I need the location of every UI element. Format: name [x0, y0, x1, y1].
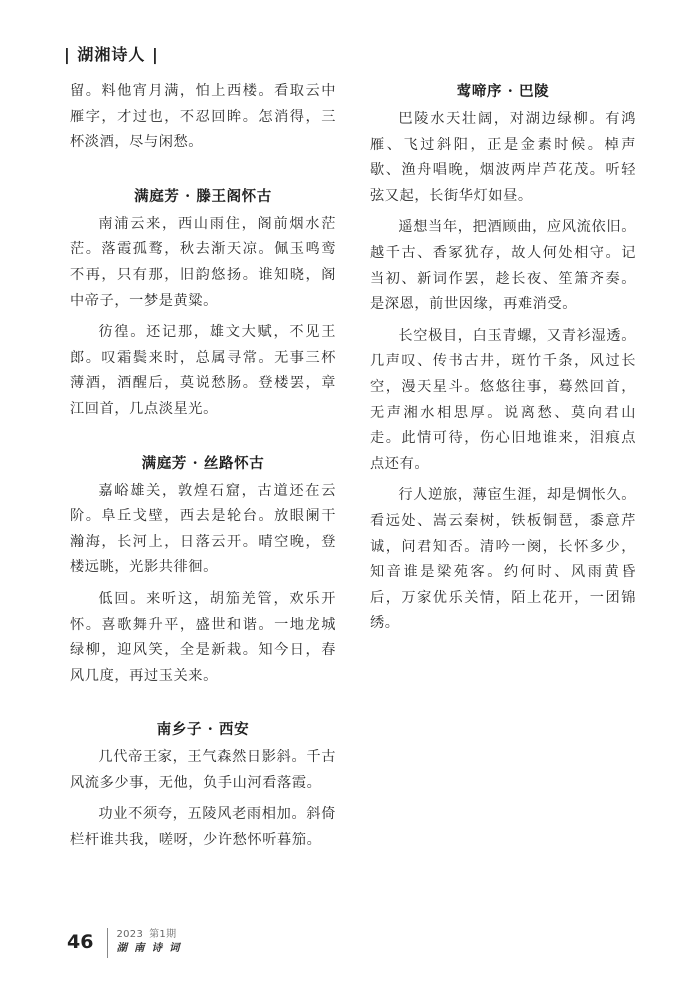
page-footer: 46 2023第1期 湖南诗词	[67, 928, 186, 958]
poem-baling: 莺啼序 · 巴陵 巴陵水天壮阔，对湖边绿柳。有鸿雁、飞过斜阳，正是金素时候。棹声…	[370, 79, 636, 637]
stanza: 遥想当年，把酒顾曲，应风流依旧。越千古、香冢犹存，故人何处相守。记当初、新词作罢…	[370, 215, 636, 317]
stanza: 南浦云来，西山雨住，阁前烟水茫茫。落霞孤鹜，秋去渐天凉。佩玉鸣鸾不再，只有那，旧…	[70, 212, 336, 314]
poem-title: 满庭芳 · 丝路怀古	[70, 451, 336, 477]
stanza: 嘉峪雄关，敦煌石窟，古道还在云阶。阜丘戈壁，西去是轮台。放眼阑干瀚海，长河上，日…	[70, 479, 336, 581]
magazine-name: 湖南诗词	[116, 941, 186, 955]
issue-year: 2023	[116, 929, 143, 940]
footer-divider	[107, 928, 108, 958]
stanza: 功业不须夸，五陵风老雨相加。斜倚栏杆谁共我，嗟呀，少许愁怀听暮笳。	[70, 802, 336, 853]
stanza: 巴陵水天壮阔，对湖边绿柳。有鸿雁、飞过斜阳，正是金素时候。棹声歇、渔舟唱晚，烟波…	[370, 107, 636, 209]
poem-title: 满庭芳 · 滕王阁怀古	[70, 184, 336, 210]
stanza: 长空极目，白玉青螺，又青衫湿透。几声叹、传书古井，斑竹千条，风过长空，漫天星斗。…	[370, 324, 636, 478]
stanza: 行人逆旅，薄宦生涯，却是惆怅久。看远处、嵩云秦树，铁板铜琶，黍意芹诚，问君知否。…	[370, 483, 636, 637]
page-number: 46	[67, 931, 93, 953]
stanza: 低回。来听这，胡笳羌管，欢乐开怀。喜歌舞升平，盛世和谐。一地龙城绿柳，迎风笑，全…	[70, 587, 336, 689]
continued-stanza: 留。料他宵月满，怕上西楼。看取云中雁字，才过也，不忍回眸。怎消得，三杯淡酒，尽与…	[70, 79, 336, 156]
issue-line: 2023第1期	[116, 928, 186, 941]
stanza: 彷徨。还记那，雄文大赋，不见王郎。叹霜鬓来时，总属寻常。无事三杯薄酒，酒醒后，莫…	[70, 320, 336, 422]
poem-tengwangge: 满庭芳 · 滕王阁怀古 南浦云来，西山雨住，阁前烟水茫茫。落霞孤鹜，秋去渐天凉。…	[70, 184, 336, 423]
poem-title: 南乡子 · 西安	[70, 717, 336, 743]
left-column: 留。料他宵月满，怕上西楼。看取云中雁字，才过也，不忍回眸。怎消得，三杯淡酒，尽与…	[70, 79, 336, 860]
stanza: 几代帝王家，王气森然日影斜。千古风流多少事，无他，负手山河看落霞。	[70, 745, 336, 796]
section-header: | 湖湘诗人 |	[64, 42, 159, 65]
issue-info: 2023第1期 湖南诗词	[116, 928, 186, 955]
poem-silk-road: 满庭芳 · 丝路怀古 嘉峪雄关，敦煌石窟，古道还在云阶。阜丘戈壁，西去是轮台。放…	[70, 451, 336, 690]
poem-title: 莺啼序 · 巴陵	[370, 79, 636, 105]
issue-number: 第1期	[149, 929, 176, 940]
right-column: 莺啼序 · 巴陵 巴陵水天壮阔，对湖边绿柳。有鸿雁、飞过斜阳，正是金素时候。棹声…	[370, 79, 636, 643]
poem-xian: 南乡子 · 西安 几代帝王家，王气森然日影斜。千古风流多少事，无他，负手山河看落…	[70, 717, 336, 853]
